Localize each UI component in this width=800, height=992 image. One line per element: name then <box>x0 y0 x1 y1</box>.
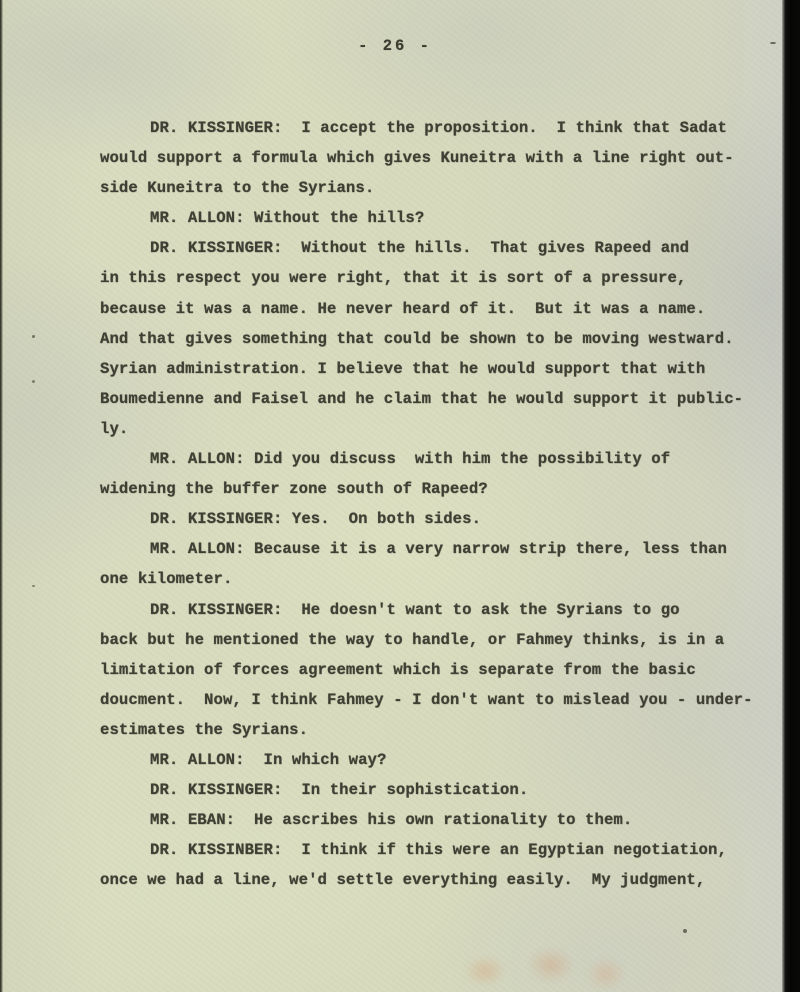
transcript-line: one kilometer. <box>100 564 755 594</box>
transcript-line: limitation of forces agreement which is … <box>100 655 755 685</box>
transcript-line: Syrian administration. I believe that he… <box>100 354 755 384</box>
paper-speck <box>32 380 35 383</box>
page-number: - 26 - <box>0 37 790 55</box>
paper-speck <box>683 929 687 933</box>
transcript-line: widening the buffer zone south of Rapeed… <box>100 474 755 504</box>
transcript-line: DR. KISSINGER: In their sophistication. <box>100 775 755 805</box>
transcript-line: estimates the Syrians. <box>100 715 755 745</box>
transcript-line: MR. ALLON: Without the hills? <box>100 203 755 233</box>
paper-speck <box>32 585 35 587</box>
transcript-line: MR. ALLON: Because it is a very narrow s… <box>100 534 755 564</box>
transcript-line: once we had a line, we'd settle everythi… <box>100 865 755 895</box>
transcript-line: side Kuneitra to the Syrians. <box>100 173 755 203</box>
faint-red-stamp <box>430 938 650 992</box>
transcript-line: DR. KISSINGER: Yes. On both sides. <box>100 504 755 534</box>
transcript-line: would support a formula which gives Kune… <box>100 143 755 173</box>
transcript-line: And that gives something that could be s… <box>100 324 755 354</box>
transcript-line: DR. KISSINGER: Without the hills. That g… <box>100 233 755 263</box>
transcript-line: MR. ALLON: In which way? <box>100 745 755 775</box>
transcript-line: DR. KISSINGER: He doesn't want to ask th… <box>100 595 755 625</box>
scan-edge-right <box>782 0 800 992</box>
paper-speck <box>770 42 776 44</box>
transcript-line: because it was a name. He never heard of… <box>100 294 755 324</box>
paper-speck <box>32 335 35 338</box>
transcript-line: doucment. Now, I think Fahmey - I don't … <box>100 685 755 715</box>
transcript-line: MR. EBAN: He ascribes his own rationalit… <box>100 805 755 835</box>
transcript-line: Boumedienne and Faisel and he claim that… <box>100 384 755 414</box>
transcript-line: DR. KISSINGER: I accept the proposition.… <box>100 113 755 143</box>
transcript-line: DR. KISSINBER: I think if this were an E… <box>100 835 755 865</box>
transcript-line: back but he mentioned the way to handle,… <box>100 625 755 655</box>
transcript-line: MR. ALLON: Did you discuss with him the … <box>100 444 755 474</box>
transcript-text-block: DR. KISSINGER: I accept the proposition.… <box>100 113 755 895</box>
transcript-line: ly. <box>100 414 755 444</box>
scanned-document-page: - 26 - DR. KISSINGER: I accept the propo… <box>0 0 800 992</box>
scan-edge-left <box>0 0 3 992</box>
transcript-line: in this respect you were right, that it … <box>100 263 755 293</box>
